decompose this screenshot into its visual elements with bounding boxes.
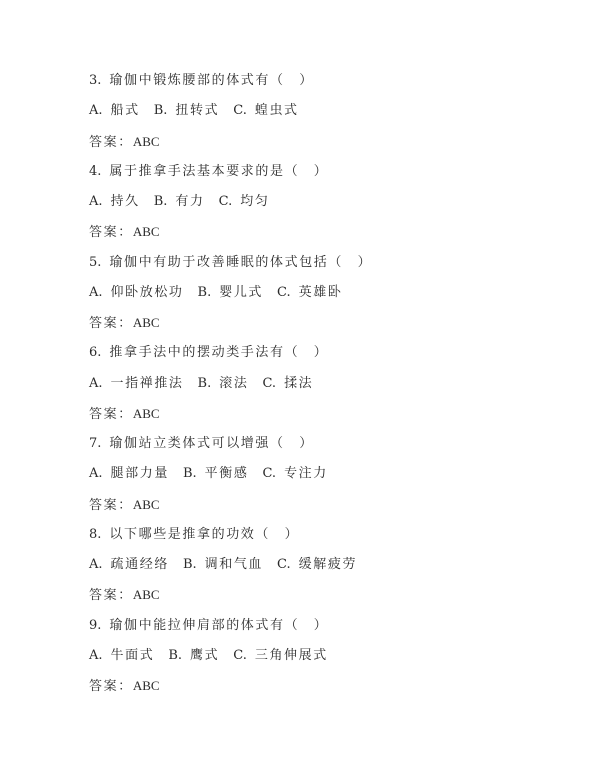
question-number: 4.	[89, 164, 101, 179]
option-b: B.婴儿式	[198, 282, 264, 304]
question-stem: 3.瑜伽中锻炼腰部的体式有（ ）	[89, 70, 569, 100]
question-number: 6.	[89, 345, 101, 360]
option-b: B.扭转式	[154, 100, 220, 122]
answer-label: 答案：	[89, 225, 133, 240]
answer-label: 答案：	[89, 135, 133, 150]
answer-line: 答案：ABC	[89, 221, 569, 251]
answer-label: 答案：	[89, 588, 133, 603]
answer-value: ABC	[133, 315, 160, 330]
question-text: 瑜伽中能拉伸肩部的体式有（ ）	[109, 618, 328, 633]
question-options: A.持久B.有力C.均匀	[89, 191, 569, 221]
question-stem: 5.瑜伽中有助于改善睡眠的体式包括（ ）	[89, 252, 569, 282]
answer-label: 答案：	[89, 498, 133, 513]
option-a: A.疏通经络	[89, 554, 169, 576]
answer-label: 答案：	[89, 407, 133, 422]
answer-line: 答案：ABC	[89, 131, 569, 161]
option-b: B.有力	[154, 191, 205, 213]
question-options: A.仰卧放松功B.婴儿式C.英雄卧	[89, 282, 569, 312]
option-b: B.调和气血	[183, 554, 263, 576]
answer-value: ABC	[133, 406, 160, 421]
option-c: C.揉法	[262, 373, 313, 395]
question-number: 5.	[89, 255, 101, 270]
question-options: A.船式B.扭转式C.蝗虫式	[89, 100, 569, 130]
answer-line: 答案：ABC	[89, 675, 569, 705]
question-options: A.一指禅推法B.滚法C.揉法	[89, 373, 569, 403]
option-b: B.滚法	[198, 373, 249, 395]
option-c: C.均匀	[219, 191, 270, 213]
option-b: B.平衡感	[183, 463, 249, 485]
question-text: 瑜伽站立类体式可以增强（ ）	[109, 436, 313, 451]
option-a: A.腿部力量	[89, 463, 169, 485]
answer-line: 答案：ABC	[89, 403, 569, 433]
question-text: 以下哪些是推拿的功效（ ）	[109, 527, 299, 542]
question-text: 瑜伽中锻炼腰部的体式有（ ）	[109, 73, 313, 88]
question-stem: 6.推拿手法中的摆动类手法有（ ）	[89, 342, 569, 372]
answer-value: ABC	[133, 224, 160, 239]
question-stem: 4.属于推拿手法基本要求的是（ ）	[89, 161, 569, 191]
question-stem: 8.以下哪些是推拿的功效（ ）	[89, 524, 569, 554]
answer-line: 答案：ABC	[89, 494, 569, 524]
option-c: C.三角伸展式	[233, 645, 328, 667]
question-text: 推拿手法中的摆动类手法有（ ）	[109, 345, 328, 360]
question-number: 3.	[89, 73, 101, 88]
answer-value: ABC	[133, 678, 160, 693]
question-stem: 9.瑜伽中能拉伸肩部的体式有（ ）	[89, 615, 569, 645]
answer-label: 答案：	[89, 679, 133, 694]
question-options: A.牛面式B.鹰式C.三角伸展式	[89, 645, 569, 675]
option-c: C.英雄卧	[277, 282, 342, 304]
question-text: 瑜伽中有助于改善睡眠的体式包括（ ）	[109, 255, 372, 270]
question-text: 属于推拿手法基本要求的是（ ）	[109, 164, 328, 179]
question-number: 7.	[89, 436, 101, 451]
option-b: B.鹰式	[168, 645, 219, 667]
option-a: A.持久	[89, 191, 140, 213]
answer-label: 答案：	[89, 316, 133, 331]
question-number: 9.	[89, 618, 101, 633]
question-stem: 7.瑜伽站立类体式可以增强（ ）	[89, 433, 569, 463]
option-c: C.专注力	[262, 463, 327, 485]
answer-value: ABC	[133, 497, 160, 512]
option-a: A.船式	[89, 100, 140, 122]
question-number: 8.	[89, 527, 101, 542]
question-options: A.腿部力量B.平衡感C.专注力	[89, 463, 569, 493]
document-page: 3.瑜伽中锻炼腰部的体式有（ ） A.船式B.扭转式C.蝗虫式 答案：ABC 4…	[89, 70, 569, 705]
option-a: A.仰卧放松功	[89, 282, 184, 304]
question-options: A.疏通经络B.调和气血C.缓解疲劳	[89, 554, 569, 584]
option-a: A.一指禅推法	[89, 373, 184, 395]
answer-line: 答案：ABC	[89, 584, 569, 614]
answer-value: ABC	[133, 587, 160, 602]
option-c: C.蝗虫式	[233, 100, 298, 122]
option-a: A.牛面式	[89, 645, 154, 667]
answer-line: 答案：ABC	[89, 312, 569, 342]
option-c: C.缓解疲劳	[277, 554, 357, 576]
answer-value: ABC	[133, 134, 160, 149]
